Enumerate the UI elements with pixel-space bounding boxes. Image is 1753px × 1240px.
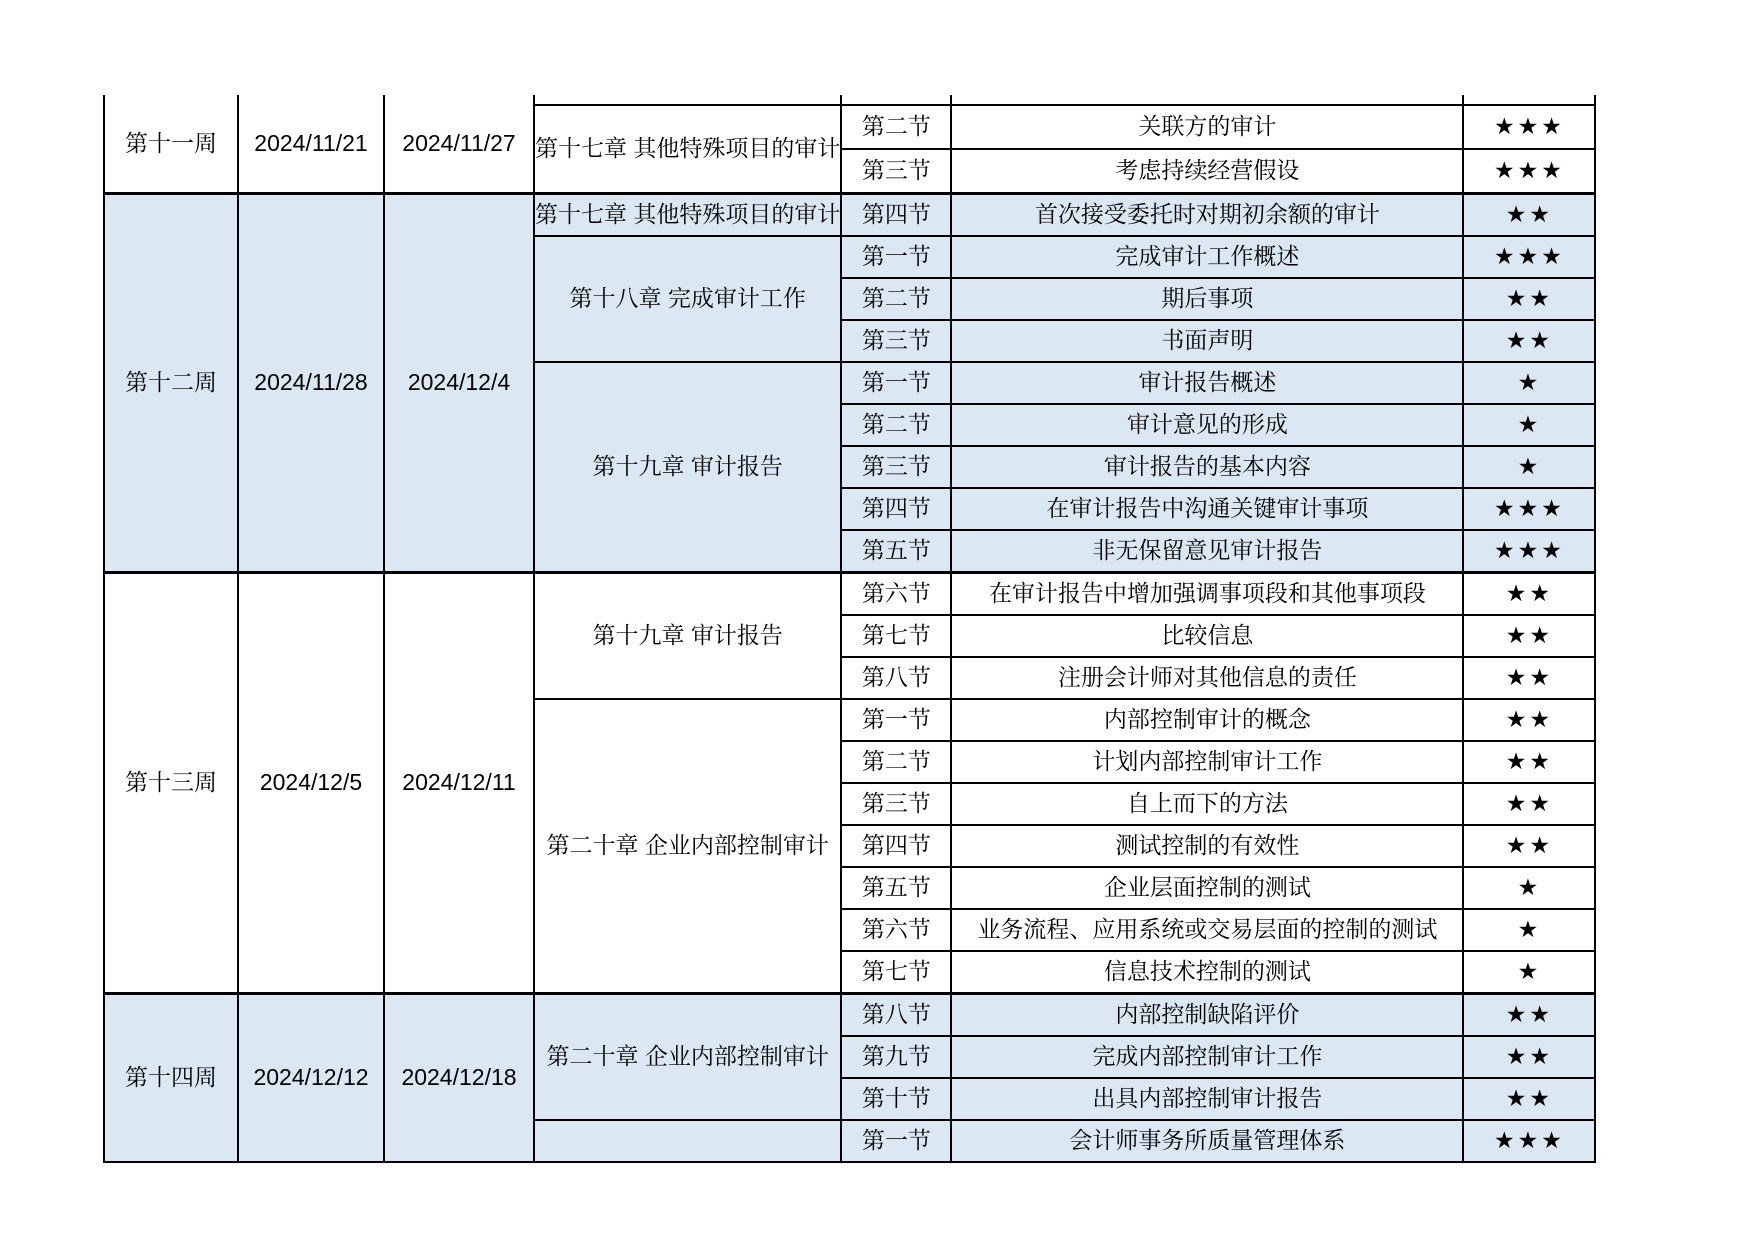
stars-cell[interactable]: ★ xyxy=(1463,404,1595,446)
chapter-cell-cut[interactable] xyxy=(534,95,841,105)
end-date-cell[interactable]: 2024/12/11 xyxy=(384,573,534,994)
week-cell[interactable]: 第十三周 xyxy=(104,573,238,994)
stars-cell[interactable]: ★★ xyxy=(1463,699,1595,741)
week-cell[interactable]: 第十一周 xyxy=(104,95,238,194)
stars-cell[interactable]: ★★ xyxy=(1463,1078,1595,1120)
section-title-cell[interactable]: 完成内部控制审计工作 xyxy=(951,1036,1463,1078)
end-date-cell[interactable]: 2024/11/27 xyxy=(384,95,534,194)
start-date-cell[interactable]: 2024/12/5 xyxy=(238,573,384,994)
section-cell[interactable]: 第六节 xyxy=(841,909,951,951)
chapter-cell[interactable]: 第十八章 完成审计工作 xyxy=(534,236,841,362)
section-title-cell[interactable]: 业务流程、应用系统或交易层面的控制的测试 xyxy=(951,909,1463,951)
section-cell[interactable]: 第六节 xyxy=(841,573,951,616)
section-cell[interactable]: 第十节 xyxy=(841,1078,951,1120)
section-title-cell[interactable]: 关联方的审计 xyxy=(951,105,1463,149)
section-title-cell[interactable]: 审计报告的基本内容 xyxy=(951,446,1463,488)
end-date-cell[interactable]: 2024/12/18 xyxy=(384,994,534,1163)
section-title-cell[interactable]: 信息技术控制的测试 xyxy=(951,951,1463,994)
section-cell[interactable]: 第一节 xyxy=(841,362,951,404)
stars-cell[interactable]: ★★ xyxy=(1463,615,1595,657)
section-cell[interactable]: 第二节 xyxy=(841,404,951,446)
stars-cell[interactable]: ★ xyxy=(1463,362,1595,404)
stars-cell[interactable]: ★★ xyxy=(1463,278,1595,320)
section-title-cell[interactable]: 首次接受委托时对期初余额的审计 xyxy=(951,194,1463,237)
section-title-cell[interactable]: 完成审计工作概述 xyxy=(951,236,1463,278)
stars-cell[interactable]: ★★ xyxy=(1463,741,1595,783)
section-title-cell[interactable]: 出具内部控制审计报告 xyxy=(951,1078,1463,1120)
section-title-cell[interactable]: 测试控制的有效性 xyxy=(951,825,1463,867)
section-title-cell[interactable]: 企业层面控制的测试 xyxy=(951,867,1463,909)
section-cell[interactable]: 第七节 xyxy=(841,951,951,994)
stars-cell[interactable]: ★ xyxy=(1463,951,1595,994)
stars-cell[interactable]: ★★ xyxy=(1463,573,1595,616)
section-title-cell[interactable]: 自上而下的方法 xyxy=(951,783,1463,825)
section-cell[interactable]: 第二节 xyxy=(841,278,951,320)
section-title-cell[interactable]: 计划内部控制审计工作 xyxy=(951,741,1463,783)
section-cell-cut[interactable] xyxy=(841,95,951,105)
stars-cell[interactable]: ★★★ xyxy=(1463,488,1595,530)
table-row: 第十一周2024/11/212024/11/27 xyxy=(104,95,1595,105)
week-cell[interactable]: 第十四周 xyxy=(104,994,238,1163)
start-date-cell[interactable]: 2024/11/21 xyxy=(238,95,384,194)
section-cell[interactable]: 第五节 xyxy=(841,530,951,573)
section-title-cell[interactable]: 在审计报告中增加强调事项段和其他事项段 xyxy=(951,573,1463,616)
study-plan-tbody: 第十一周2024/11/212024/11/27第十七章 其他特殊项目的审计第二… xyxy=(104,95,1595,1162)
section-title-cell[interactable]: 比较信息 xyxy=(951,615,1463,657)
chapter-cell[interactable] xyxy=(534,1120,841,1162)
section-cell[interactable]: 第八节 xyxy=(841,657,951,699)
section-title-cell[interactable]: 审计报告概述 xyxy=(951,362,1463,404)
section-title-cell[interactable]: 书面声明 xyxy=(951,320,1463,362)
start-date-cell[interactable]: 2024/11/28 xyxy=(238,194,384,573)
chapter-cell[interactable]: 第十七章 其他特殊项目的审计 xyxy=(534,194,841,237)
week-cell[interactable]: 第十二周 xyxy=(104,194,238,573)
section-title-cell[interactable]: 审计意见的形成 xyxy=(951,404,1463,446)
section-cell[interactable]: 第八节 xyxy=(841,994,951,1037)
stars-cell[interactable]: ★★★ xyxy=(1463,236,1595,278)
section-title-cell[interactable]: 会计师事务所质量管理体系 xyxy=(951,1120,1463,1162)
chapter-cell[interactable]: 第二十章 企业内部控制审计 xyxy=(534,699,841,994)
section-title-cell[interactable]: 非无保留意见审计报告 xyxy=(951,530,1463,573)
end-date-cell[interactable]: 2024/12/4 xyxy=(384,194,534,573)
stars-cell[interactable]: ★★★ xyxy=(1463,105,1595,149)
section-cell[interactable]: 第二节 xyxy=(841,741,951,783)
section-title-cell[interactable]: 考虑持续经营假设 xyxy=(951,149,1463,194)
section-title-cell[interactable]: 期后事项 xyxy=(951,278,1463,320)
section-cell[interactable]: 第四节 xyxy=(841,488,951,530)
stars-cell[interactable]: ★★ xyxy=(1463,1036,1595,1078)
section-cell[interactable]: 第三节 xyxy=(841,783,951,825)
stars-cell[interactable]: ★★★ xyxy=(1463,1120,1595,1162)
section-title-cell[interactable]: 内部控制缺陷评价 xyxy=(951,994,1463,1037)
stars-cell[interactable]: ★ xyxy=(1463,867,1595,909)
stars-cell-cut[interactable] xyxy=(1463,95,1595,105)
section-title-cell[interactable]: 注册会计师对其他信息的责任 xyxy=(951,657,1463,699)
section-cell[interactable]: 第九节 xyxy=(841,1036,951,1078)
section-cell[interactable]: 第三节 xyxy=(841,149,951,194)
stars-cell[interactable]: ★★ xyxy=(1463,825,1595,867)
stars-cell[interactable]: ★ xyxy=(1463,909,1595,951)
start-date-cell[interactable]: 2024/12/12 xyxy=(238,994,384,1163)
stars-cell[interactable]: ★★ xyxy=(1463,994,1595,1037)
section-cell[interactable]: 第一节 xyxy=(841,699,951,741)
chapter-cell[interactable]: 第十九章 审计报告 xyxy=(534,573,841,700)
section-cell[interactable]: 第四节 xyxy=(841,825,951,867)
stars-cell[interactable]: ★★★ xyxy=(1463,530,1595,573)
table-row: 第十二周2024/11/282024/12/4第十七章 其他特殊项目的审计第四节… xyxy=(104,194,1595,237)
section-title-cell[interactable]: 在审计报告中沟通关键审计事项 xyxy=(951,488,1463,530)
stars-cell[interactable]: ★★ xyxy=(1463,783,1595,825)
study-plan-table: 第十一周2024/11/212024/11/27第十七章 其他特殊项目的审计第二… xyxy=(103,95,1596,1163)
table-row: 第十三周2024/12/52024/12/11第十九章 审计报告第六节在审计报告… xyxy=(104,573,1595,616)
spreadsheet-canvas: 第十一周2024/11/212024/11/27第十七章 其他特殊项目的审计第二… xyxy=(103,95,1596,1163)
stars-cell[interactable]: ★★ xyxy=(1463,194,1595,237)
stars-cell[interactable]: ★★ xyxy=(1463,657,1595,699)
stars-cell[interactable]: ★★ xyxy=(1463,320,1595,362)
section-cell[interactable]: 第四节 xyxy=(841,194,951,237)
section-cell[interactable]: 第三节 xyxy=(841,320,951,362)
stars-cell[interactable]: ★★★ xyxy=(1463,149,1595,194)
chapter-cell[interactable]: 第十七章 其他特殊项目的审计 xyxy=(534,105,841,194)
section-cell[interactable]: 第五节 xyxy=(841,867,951,909)
section-cell[interactable]: 第一节 xyxy=(841,236,951,278)
section-cell[interactable]: 第一节 xyxy=(841,1120,951,1162)
table-row: 第十四周2024/12/122024/12/18第二十章 企业内部控制审计第八节… xyxy=(104,994,1595,1037)
chapter-cell[interactable]: 第十九章 审计报告 xyxy=(534,362,841,573)
stars-cell[interactable]: ★ xyxy=(1463,446,1595,488)
section-title-cell-cut[interactable] xyxy=(951,95,1463,105)
section-cell[interactable]: 第二节 xyxy=(841,105,951,149)
chapter-cell[interactable]: 第二十章 企业内部控制审计 xyxy=(534,994,841,1121)
section-cell[interactable]: 第七节 xyxy=(841,615,951,657)
section-cell[interactable]: 第三节 xyxy=(841,446,951,488)
section-title-cell[interactable]: 内部控制审计的概念 xyxy=(951,699,1463,741)
